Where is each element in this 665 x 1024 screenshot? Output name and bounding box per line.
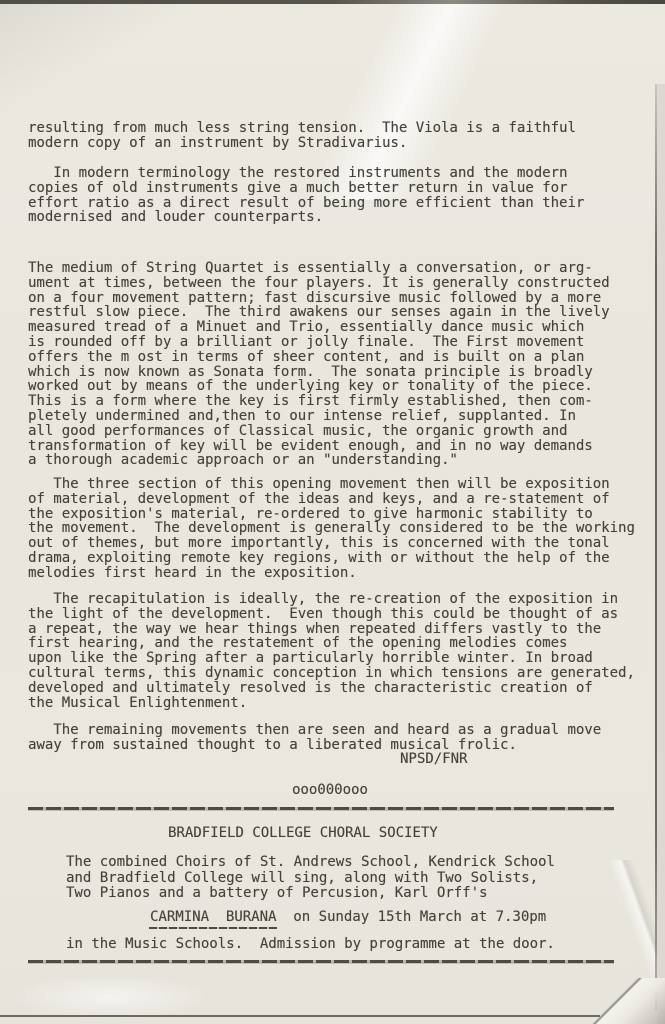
author-initials: NPSD/FNR — [400, 752, 467, 767]
typed-divider-top — [28, 807, 614, 810]
page-edge-top — [0, 0, 665, 4]
paragraph-string-quartet: The medium of String Quartet is essentia… — [28, 261, 610, 468]
paper-crease — [0, 0, 260, 120]
notice-body: The combined Choirs of St. Andrews Schoo… — [66, 855, 555, 902]
paragraph-remaining-movements: The remaining movements then are seen an… — [28, 723, 601, 753]
event-title-underline — [149, 927, 277, 929]
section-break-ornament: ooo000ooo — [292, 783, 368, 798]
notice-footer: in the Music Schools. Admission by progr… — [66, 937, 555, 952]
notice-heading: BRADFIELD COLLEGE CHORAL SOCIETY — [168, 826, 438, 841]
page-edge-bottom — [0, 1015, 600, 1017]
event-title-line: CARMINA BURANA on Sunday 15th March at 7… — [150, 910, 546, 925]
scanned-page: resulting from much less string tension.… — [0, 0, 665, 1024]
paragraph-three-sections: The three section of this opening moveme… — [28, 477, 635, 581]
page-edge-right-margin — [657, 84, 665, 1024]
paper-crease — [10, 975, 210, 1020]
page-edge-right — [655, 84, 657, 1010]
paragraph-viola: resulting from much less string tension.… — [28, 121, 576, 151]
fold-corner — [575, 978, 665, 1024]
paragraph-recapitulation: The recapitulation is ideally, the re-cr… — [28, 592, 635, 710]
paragraph-modern-terminology: In modern terminology the restored instr… — [28, 166, 584, 225]
typed-divider-bottom — [28, 960, 614, 963]
